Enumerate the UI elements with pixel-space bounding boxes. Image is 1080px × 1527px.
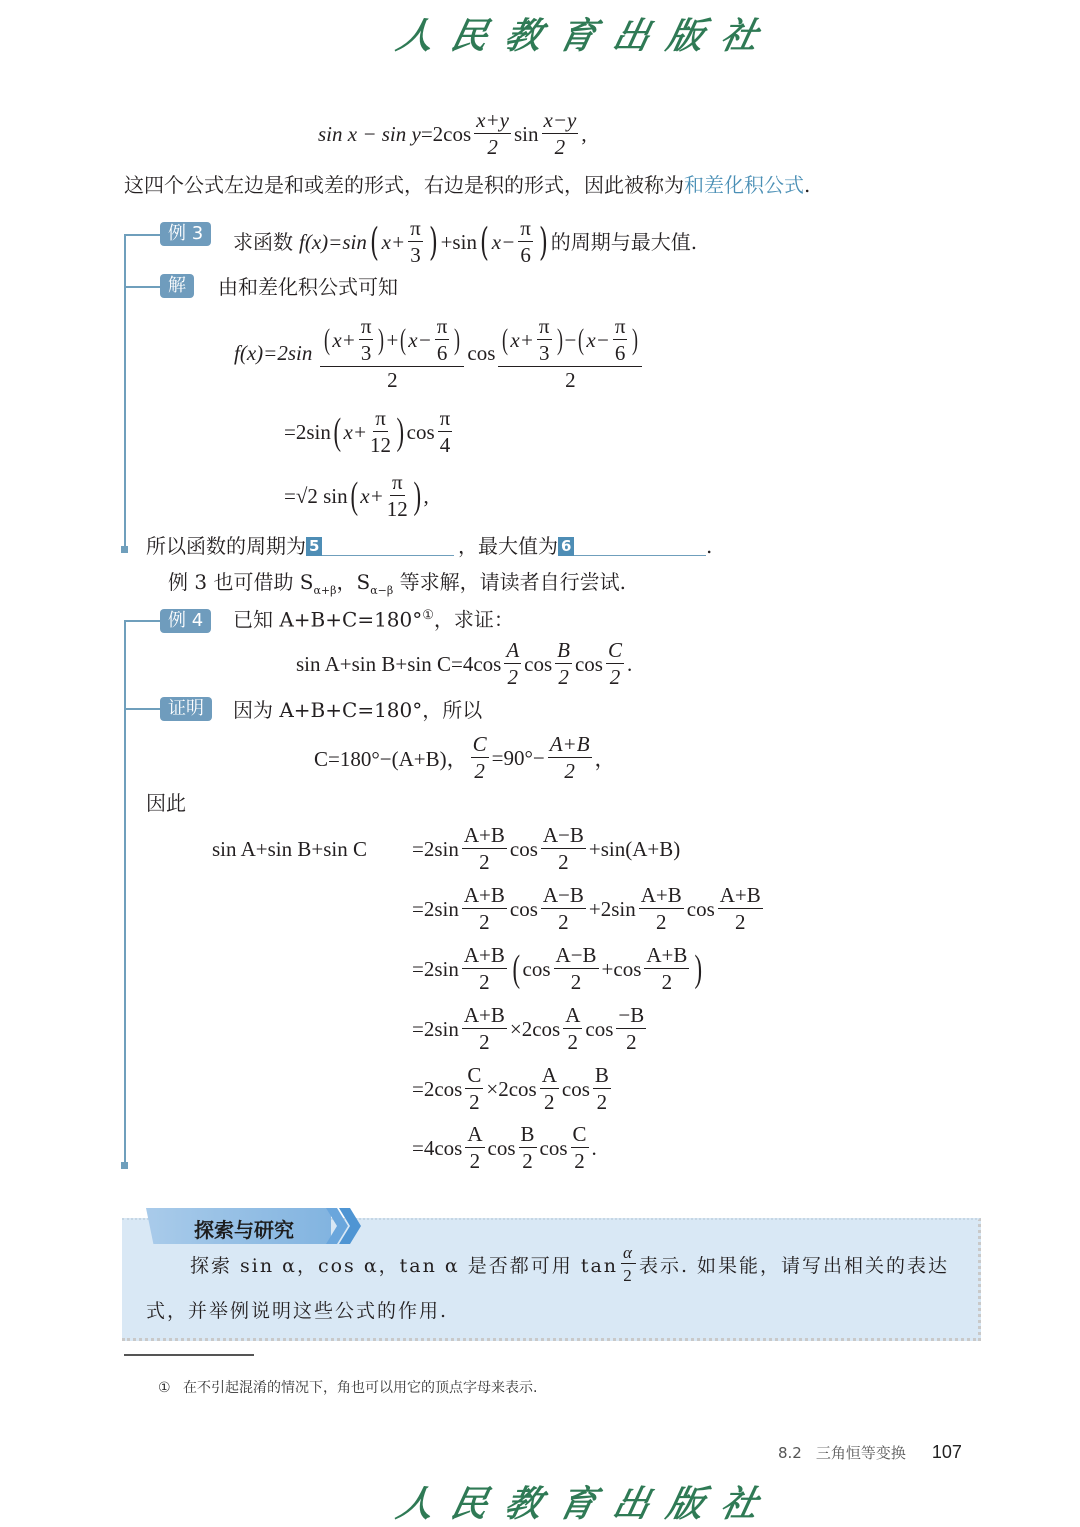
sub-alpha-minus-beta: α−β (370, 584, 393, 597)
cos: cos (585, 1017, 613, 1042)
blank-number-6: 6 (558, 537, 574, 556)
proof-tag: 证明 (160, 697, 212, 721)
two: 2 (558, 849, 569, 873)
footnote-ref[interactable]: ① (422, 608, 434, 623)
chain-step-2: =2sin A+B2 cos A−B2 +2sin A+B2 cos A+B2 (412, 885, 766, 933)
A: A (504, 640, 521, 664)
two: 2 (479, 1029, 490, 1053)
B: B (555, 640, 572, 664)
example3-tag: 例 3 (160, 222, 211, 246)
pi: π (518, 218, 533, 242)
solution-step-2: =2sin (x+ π12) cos π4 (284, 408, 455, 456)
chain-step-1: sin A+sin B+sin C =2sin A+B2 cos A−B2 +s… (212, 825, 680, 873)
example4-connector (124, 620, 162, 622)
two: 2 (479, 849, 490, 873)
den6: 6 (520, 242, 531, 266)
two: 2 (469, 1089, 480, 1113)
A-minus-B: A−B (541, 825, 586, 849)
step2-prefix: =2sin (284, 420, 331, 445)
C: C (571, 1124, 589, 1148)
footnote-mark: ① (158, 1380, 171, 1396)
two: 2 (507, 664, 518, 688)
pi: π (537, 316, 552, 340)
x-plus: x+ (344, 420, 368, 445)
pi: π (359, 316, 374, 340)
chain-step-5: =2cos C2 ×2cos A2 cos B2 (412, 1065, 614, 1113)
remark: 例 3 也可借助 Sα+β，Sα−β 等求解，请读者自行尝试. (168, 572, 626, 596)
footnote-divider (124, 1354, 254, 1356)
question-prefix: 求函数 (233, 232, 293, 252)
step1-lhs: f(x)=2sin (234, 341, 312, 366)
times-2cos: ×2cos (486, 1077, 536, 1102)
num-a: x+ (332, 330, 356, 351)
given-text: 已知 A+B+C=180° (233, 608, 422, 632)
example4-bracket-line (124, 620, 126, 1166)
cos: cos (488, 1136, 516, 1161)
example3-question: 求函数 f(x)=sin (x+ π3) +sin (x− π6) 的周期与最大… (233, 218, 697, 266)
two: 2 (571, 969, 582, 993)
pi: π (390, 472, 405, 496)
two: 2 (564, 758, 575, 782)
alpha: α (621, 1244, 636, 1264)
pi: π (613, 316, 628, 340)
solution-tag: 解 (160, 274, 194, 298)
pi: π (435, 316, 450, 340)
den3: 3 (410, 242, 421, 266)
answer-blank-6[interactable]: 6 (558, 535, 706, 556)
minus-B: −B (616, 1005, 646, 1029)
explore-header: 探索与研究 (146, 1208, 361, 1244)
footnote: ① 在不引起混淆的情况下，角也可以用它的顶点字母来表示. (158, 1377, 537, 1397)
chain-step-6: =4cos A2 cos B2 cos C2 . (412, 1124, 597, 1172)
solution-intro: 由和差化积公式可知 (218, 277, 398, 297)
chain-step-4: =2sin A+B2 ×2cos A2 cos −B2 (412, 1005, 649, 1053)
C: C (606, 640, 624, 664)
plus-sin: +sin (441, 232, 477, 253)
intro-end: . (804, 173, 810, 197)
A-plus-B: A+B (718, 885, 763, 909)
publisher-logo-bottom: 人民教育出版社 (393, 1476, 782, 1527)
proof-line-text: C=180°−(A+B)， (314, 743, 468, 773)
section-number: 8.2 (778, 1444, 802, 1462)
num-b: x− (408, 330, 432, 351)
cos: cos (524, 652, 552, 677)
cos: cos (467, 341, 495, 366)
pi: π (373, 408, 388, 432)
cos: cos (575, 652, 603, 677)
proof-connector (124, 708, 162, 710)
eq-2cos: =2cos (412, 1077, 462, 1102)
frac-den: 2 (487, 134, 498, 158)
two: 2 (656, 909, 667, 933)
den12: 12 (387, 496, 408, 520)
eq-2sin: =2sin (412, 837, 459, 862)
cos: cos (523, 957, 551, 982)
two: 2 (522, 1148, 533, 1172)
cos: cos (562, 1077, 590, 1102)
intro-sentence: 这四个公式左边是和或差的形式，右边是积的形式，因此被称为和差化积公式. (124, 175, 810, 195)
step3-prefix: =√2 sin (284, 484, 348, 509)
plus-sin-AB: +sin(A+B) (589, 837, 680, 862)
formula-sin-difference: sin x − sin y =2cos x+y2 sin x−y2 , (318, 110, 587, 158)
C: C (471, 734, 489, 758)
frac-num: x−y (542, 110, 579, 134)
intro-text: 这四个公式左边是和或差的形式，右边是积的形式，因此被称为 (124, 173, 684, 197)
frac-den: 2 (555, 134, 566, 158)
two: 2 (597, 1089, 608, 1113)
dot: . (592, 1136, 597, 1161)
formula-eq: =2cos (421, 122, 471, 147)
A: A (465, 1124, 484, 1148)
fx: f(x)=sin (299, 230, 367, 254)
remark-a: 例 3 也可借助 S (168, 570, 314, 594)
B: B (519, 1124, 537, 1148)
explore-text-b: 表示. 如果能，请写出相关的表达 (639, 1251, 949, 1278)
A: A (540, 1065, 559, 1089)
two: 2 (558, 664, 569, 688)
dot: . (627, 652, 632, 677)
conclusion-mid: ，最大值为 (458, 536, 558, 556)
eq-2sin: =2sin (412, 957, 459, 982)
num-b: x− (586, 330, 610, 351)
two: 2 (568, 1029, 579, 1053)
two: 2 (626, 1029, 637, 1053)
den2: 2 (387, 367, 398, 391)
pi: π (438, 408, 453, 432)
cos: cos (613, 957, 641, 982)
sub-alpha-plus-beta: α+β (314, 584, 337, 597)
two: 2 (479, 909, 490, 933)
A-minus-B: A−B (541, 885, 586, 909)
two: 2 (558, 909, 569, 933)
num-a: x+ (510, 330, 534, 351)
comma: ， (595, 743, 616, 773)
plus-2sin: +2sin (589, 897, 636, 922)
question-suffix: 的周期与最大值. (551, 232, 697, 252)
A-plus-B: A+B (462, 945, 507, 969)
eq-2sin: =2sin (412, 1017, 459, 1042)
footnote-text: 在不引起混淆的情况下，角也可以用它的顶点字母来表示. (183, 1380, 537, 1396)
formula-tail: , (581, 122, 586, 147)
den6: 6 (437, 340, 448, 364)
times-2cos: ×2cos (510, 1017, 560, 1042)
page-footer: 8.2 三角恒等变换 107 (778, 1442, 962, 1463)
two: 2 (470, 1148, 481, 1172)
solution-step-3: =√2 sin (x+ π12) , (284, 472, 429, 520)
two: 2 (623, 1264, 634, 1284)
blank-number-5: 5 (306, 537, 322, 556)
A-minus-B: A−B (554, 945, 599, 969)
claim-lhs: sin A+sin B+sin C=4cos (296, 652, 501, 677)
page-number: 107 (932, 1442, 962, 1463)
two: 2 (610, 664, 621, 688)
example4-tag: 例 4 (160, 609, 211, 633)
den12: 12 (370, 432, 391, 456)
A-plus-B: A+B (548, 734, 592, 758)
den4: 4 (440, 432, 451, 456)
eq-2sin: =2sin (412, 897, 459, 922)
publisher-logo: 人民教育出版社 (393, 8, 782, 59)
tail: , (423, 484, 428, 509)
two: 2 (662, 969, 673, 993)
bracket-end-dot (121, 1162, 128, 1169)
explore-line-1: 探索 sin α，cos α，tan α 是否都可用 tan α2 表示. 如果… (190, 1244, 949, 1284)
plus: + (602, 957, 614, 982)
solution-step-1: f(x)=2sin (x+ π3) + (x− π6) 2 cos (x+ π3… (234, 316, 645, 391)
example4-given: 已知 A+B+C=180°①，求证： (233, 609, 514, 630)
x-plus: x+ (382, 232, 406, 253)
frac-num: x+y (474, 110, 511, 134)
two: 2 (479, 969, 490, 993)
x-minus: x− (492, 232, 516, 253)
pi: π (408, 218, 423, 242)
remark-b: ，S (337, 570, 371, 594)
cos: cos (687, 897, 715, 922)
chain-step-3: =2sin A+B2 ( cos A−B2 + cos A+B2 ) (412, 945, 705, 993)
explore-title: 探索与研究 (194, 1214, 294, 1243)
two: 2 (474, 758, 485, 782)
A-plus-B: A+B (462, 1005, 507, 1029)
example3-bracket-line (124, 234, 126, 550)
eq-4cos: =4cos (412, 1136, 462, 1161)
den6: 6 (615, 340, 626, 364)
den2: 2 (565, 367, 576, 391)
cos: cos (540, 1136, 568, 1161)
conclusion-prefix: 所以函数的周期为 (146, 536, 306, 556)
eq-90: =90°− (492, 746, 545, 771)
given-end: ，求证： (434, 608, 514, 632)
example3-conclusion: 所以函数的周期为 5 ，最大值为 6 . (146, 535, 712, 556)
two: 2 (574, 1148, 585, 1172)
formula-lhs: sin x − sin y (318, 122, 421, 147)
formula-sin: sin (514, 122, 539, 147)
A-plus-B: A+B (462, 885, 507, 909)
A: A (563, 1005, 582, 1029)
explore-line-2: 式，并举例说明这些公式的作用. (146, 1296, 448, 1323)
bracket-end-dot (121, 546, 128, 553)
section-title: 三角恒等变换 (816, 1442, 906, 1463)
A-plus-B: A+B (639, 885, 684, 909)
op-minus: − (565, 330, 577, 351)
key-term: 和差化积公式 (684, 173, 804, 197)
solution-connector (124, 286, 162, 288)
two: 2 (735, 909, 746, 933)
answer-blank-5[interactable]: 5 (306, 535, 454, 556)
cos: cos (510, 897, 538, 922)
conclusion-end: . (706, 536, 712, 556)
den3: 3 (361, 340, 372, 364)
A-plus-B: A+B (462, 825, 507, 849)
example4-claim: sin A+sin B+sin C=4cos A2 cos B2 cos C2 … (296, 640, 632, 688)
proof-line: C=180°−(A+B)， C2 =90°− A+B2 ， (314, 734, 616, 782)
chain-lhs: sin A+sin B+sin C (212, 837, 412, 862)
B: B (593, 1065, 611, 1089)
remark-c: 等求解，请读者自行尝试. (393, 570, 626, 594)
cos: cos (407, 420, 435, 445)
explore-text-a: 探索 sin α，cos α，tan α 是否都可用 tan (190, 1251, 618, 1278)
therefore-label: 因此 (146, 793, 186, 813)
op-plus: + (386, 330, 398, 351)
den3: 3 (539, 340, 550, 364)
A-plus-B: A+B (644, 945, 689, 969)
C: C (465, 1065, 483, 1089)
two: 2 (544, 1089, 555, 1113)
example3-connector (124, 234, 162, 236)
cos: cos (510, 837, 538, 862)
proof-intro: 因为 A+B+C=180°，所以 (233, 700, 482, 720)
x-plus: x+ (360, 484, 384, 509)
